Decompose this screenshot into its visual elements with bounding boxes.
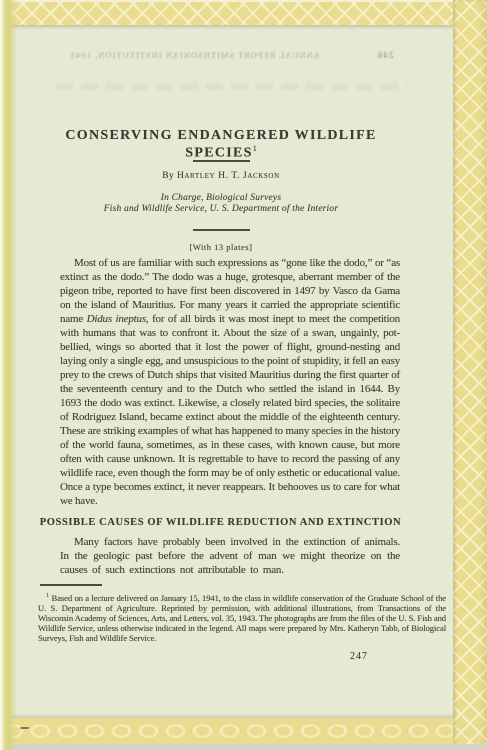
affiliation-role: In Charge, Biological Surveys: [35, 193, 407, 203]
bleedthrough-smudge: [56, 83, 408, 90]
title-rule-top: [193, 160, 250, 162]
decorative-border-right: [453, 0, 487, 750]
scan-speck: [20, 727, 29, 729]
author-name: Hartley H. T. Jackson: [177, 171, 280, 181]
bleedthrough-running-head: 246 ANNUAL REPORT SMITHSONIAN INSTITUTIO…: [70, 50, 394, 61]
paragraph-causes: Many factors have probably been involved…: [60, 535, 400, 577]
byline-prefix: By: [162, 171, 177, 181]
bleedthrough-page-number: 246: [377, 51, 394, 61]
footnote: 1 Based on a lecture delivered on Januar…: [38, 591, 446, 643]
decorative-border-bottom: [0, 718, 487, 744]
title-rule-bottom: [193, 229, 250, 231]
footnote-text: Based on a lecture delivered on January …: [38, 593, 446, 643]
page-number: 247: [350, 651, 390, 662]
scanner-bed-strip: [0, 744, 487, 750]
section-heading: POSSIBLE CAUSES OF WILDLIFE REDUCTION AN…: [38, 517, 403, 528]
paragraph-dodo: Most of us are familiar with such expres…: [60, 256, 400, 508]
body-text-column: Most of us are familiar with such expres…: [38, 256, 448, 662]
affiliation-organization: Fish and Wildlife Service, U. S. Departm…: [35, 204, 407, 214]
plates-note: [With 13 plates]: [35, 242, 407, 252]
scanned-page: 246 ANNUAL REPORT SMITHSONIAN INSTITUTIO…: [0, 0, 487, 750]
article-title-text: CONSERVING ENDANGERED WILDLIFE SPECIES: [65, 128, 376, 161]
article-title: CONSERVING ENDANGERED WILDLIFE SPECIES1: [35, 128, 407, 162]
byline: By Hartley H. T. Jackson: [35, 171, 407, 181]
decorative-border-top: [0, 0, 487, 25]
binding-gutter-shadow: [0, 0, 17, 750]
footnote-rule: [40, 584, 102, 586]
bleedthrough-running-head-text: ANNUAL REPORT SMITHSONIAN INSTITUTION, 1…: [70, 50, 320, 60]
title-footnote-mark: 1: [253, 144, 257, 153]
